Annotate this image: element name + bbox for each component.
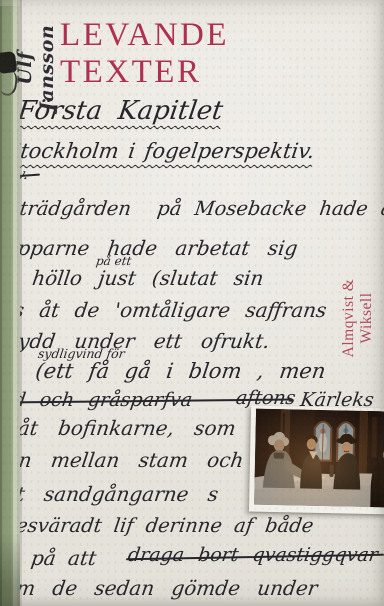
manuscript-line: n trädgården på Mosebacke hade änn <box>0 199 384 219</box>
manuscript-line: ch höllo just (slutat sin <box>0 268 265 288</box>
manuscript-insert: på ett <box>95 255 132 267</box>
publisher-name-vertical: Almqvist & Wiksell <box>340 252 376 384</box>
tavern-scene-illustration <box>254 409 384 508</box>
manuscript-line: pat sandgångarne s <box>0 484 220 504</box>
manuscript-line: ets åt de 'omtåligare saffrans <box>0 300 328 320</box>
book-cover: Ulf Jansson LEVANDE TEXTER Almqvist & Wi… <box>0 0 384 606</box>
manuscript-line: åt bofinkarne, som <box>17 418 237 438</box>
manuscript-line: som de sedan gömde under <box>0 578 319 598</box>
manuscript-line: bon mellan stam och <box>0 450 245 470</box>
manuscript-line: röpparne hade arbetat sig <box>0 238 299 258</box>
manuscript-subheading: Stockholm i fogelperspektiv. <box>5 141 316 162</box>
manuscript-line: på (ett få gå i blom , men <box>0 361 327 382</box>
manuscript-line: obesväradt lif derinne af både <box>0 516 315 536</box>
author-name-vertical: Ulf Jansson <box>14 18 58 118</box>
tavern-scene-photo <box>249 406 384 515</box>
book-title: LEVANDE TEXTER <box>60 17 384 91</box>
